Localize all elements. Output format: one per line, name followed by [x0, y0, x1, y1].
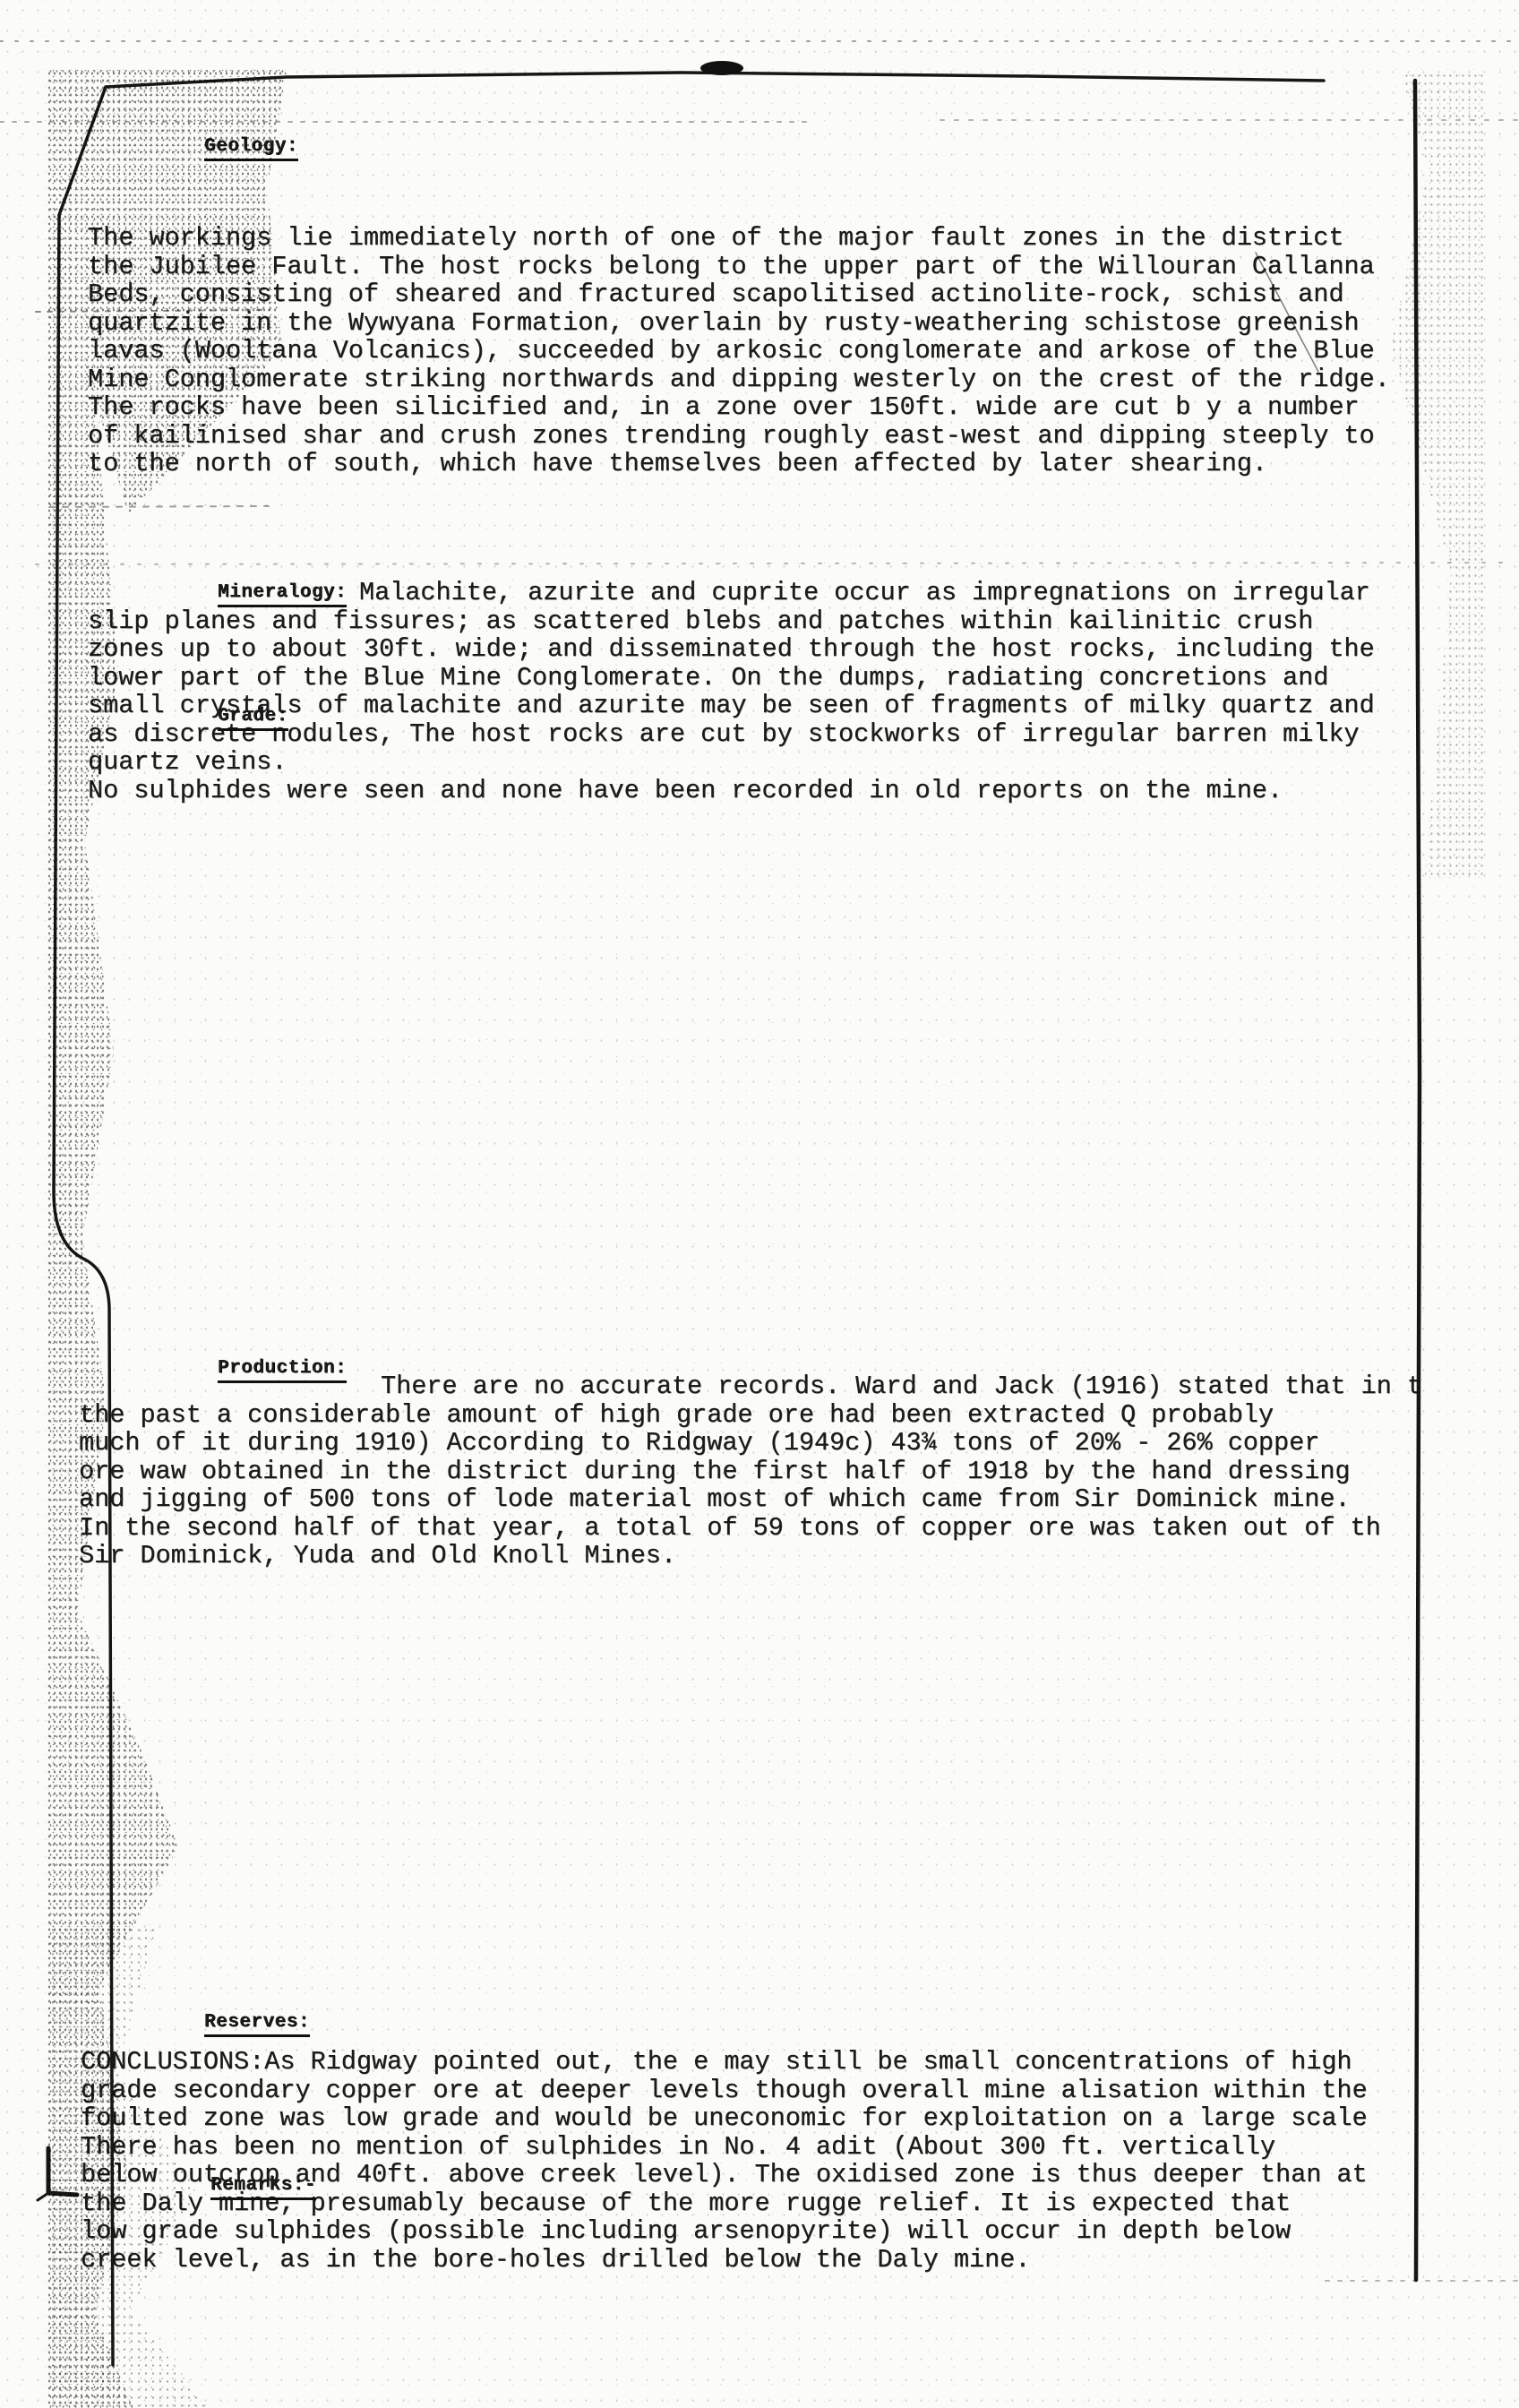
paper-right-edge: [1415, 81, 1420, 2280]
corner-bracket-mark: [48, 2148, 77, 2195]
paper-top-edge: [106, 73, 1324, 87]
paper-left-edge: [54, 215, 113, 2365]
reserves-heading: Reserves:: [204, 2012, 310, 2037]
scan-line-5: [49, 506, 269, 507]
paper-topleft-slant-edge: [59, 87, 106, 215]
ink-blob: [700, 61, 743, 75]
mineralogy-heading: Mineralogy:: [218, 582, 347, 607]
production-heading: Production:: [218, 1358, 347, 1383]
scan-line-6: [36, 563, 1514, 564]
production-paragraph: There are no accurate records. Ward and …: [79, 1372, 1422, 1570]
scanned-document-page: Geology: The workings lie immediately no…: [0, 0, 1519, 2408]
mineralogy-paragraph: Malachite, azurite and cuprite occur as …: [88, 579, 1375, 804]
conclusions-paragraph: CONCLUSIONS:As Ridgway pointed out, the …: [81, 2048, 1368, 2274]
geology-heading: Geology:: [204, 136, 298, 161]
corner-bracket-tail: [38, 2193, 48, 2200]
grade-stamp-overprint: Grade:: [218, 706, 288, 731]
geology-paragraph: The workings lie immediately north of on…: [88, 224, 1390, 478]
remarks-stamp-overprint: Remarks:-: [210, 2175, 316, 2200]
